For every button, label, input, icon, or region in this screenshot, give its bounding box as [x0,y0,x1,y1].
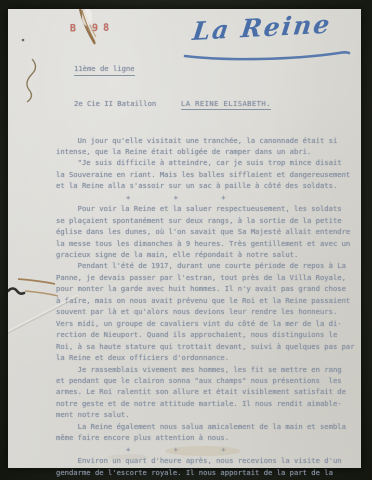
typed-line: Pour voir la Reine et la saluer respectu… [56,203,358,214]
typed-line: Pendant l'été de 1917, durant une courte… [56,260,358,271]
typed-line: souvent par là et qu'alors nous devions … [56,306,358,317]
typed-line: Panne, je devais passer par l'estran, to… [56,272,358,283]
typed-line: ment notre salut. [56,409,358,420]
typed-line: à faire, mais on nous avait prévenu que … [56,295,358,306]
typed-line: pour monter la garde avec huit hommes. I… [56,283,358,294]
typed-line: gracieux signe de la main, elle répondai… [56,249,358,260]
typed-line: Vers midi, un groupe de cavaliers vint d… [56,318,358,329]
typed-line: la Souveraine en riant. Mais les balles … [56,169,358,180]
typed-line: intense, que la Reine était obligée de r… [56,146,358,157]
handwritten-annotation: La Reine [181,11,356,66]
typed-line: "Je suis difficile à atteindre, car je s… [56,157,358,168]
typed-line: armes. Le Roi ralentit son allure et éta… [56,386,358,397]
typed-line: rection de Nieuport. Quand ils approchai… [56,329,358,340]
typed-line: Je rassemblais vivement mes hommes, les … [56,364,358,375]
regiment-line: 11ème de ligne [74,63,156,76]
typed-line: La Reine également nous salua amicalemen… [56,421,358,432]
separator-line: + + + [56,444,358,455]
typed-line: Roi, à sa haute stature qui trottait dev… [56,341,358,352]
typed-line: et la Reine alla s'assoir sur un sac à p… [56,180,358,191]
typed-line: et pendant que le clairon sonna "aux cha… [56,375,358,386]
typed-line: même faire encore plus attention à nous. [56,432,358,443]
photographed-document-scene: B 98 11ème de ligne 2e Cie II Bataillon … [0,0,372,480]
separator-line: + + + [56,192,358,203]
typed-line: Un jour qu'elle visitait une tranchée, l… [56,135,358,146]
document-page: B 98 11ème de ligne 2e Cie II Bataillon … [8,9,361,468]
typed-line: se plaçaient spontanément sur deux rangs… [56,215,358,226]
typed-line: la Reine et deux officiers d'ordonnance. [56,352,358,363]
document-title: LA REINE ELISABETH. [56,88,358,120]
archive-number-stamp: B 98 [70,23,114,35]
typed-line: gendarme de l'escorte royale. Il nous ap… [56,467,358,478]
typed-text-block: LA REINE ELISABETH. Un jour qu'elle visi… [56,88,358,478]
typed-line: la messe tous les dimanches à 9 heures. … [56,238,358,249]
handwriting-underline [181,11,356,66]
typed-line: Environ un quart d'heure après, nous rec… [56,455,358,466]
typed-line: église dans les dunes, où l'on savait qu… [56,226,358,237]
typed-line: notre geste et de notre attitude martial… [56,398,358,409]
typed-body: Un jour qu'elle visitait une tranchée, l… [56,135,358,479]
